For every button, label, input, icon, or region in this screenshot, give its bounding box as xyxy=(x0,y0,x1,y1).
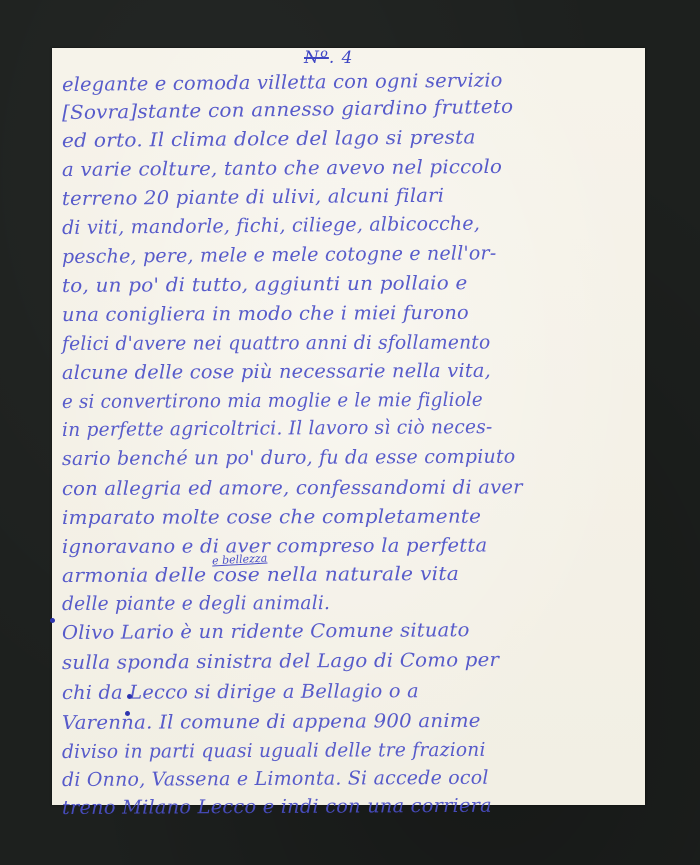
text-line: armonia delle cose nella naturale vita xyxy=(62,563,459,587)
text-line: ed orto. Il clima dolce del lago si pres… xyxy=(62,126,476,152)
text-line: alcune delle cose più necessarie nella v… xyxy=(62,360,491,384)
ink-blot xyxy=(125,711,130,716)
text-line: Olivo Lario è un ridente Comune situato xyxy=(62,619,470,644)
text-line: elegante e comoda villetta con ogni serv… xyxy=(62,69,503,96)
text-line: [Sovra]stante con annesso giardino frutt… xyxy=(62,96,514,124)
page-number-value: . 4 xyxy=(329,48,354,68)
text-line: pesche, pere, mele e mele cotogne e nell… xyxy=(62,242,497,268)
text-line: delle piante e degli animali. xyxy=(62,592,330,615)
text-line: sulla sponda sinistra del Lago di Como p… xyxy=(62,649,499,674)
text-line: in perfette agricoltrici. Il lavoro sì c… xyxy=(62,416,493,441)
text-line: terreno 20 piante di ulivi, alcuni filar… xyxy=(62,185,444,210)
text-line: ignoravano e di aver compreso la perfett… xyxy=(62,535,487,558)
page-number: Nº. 4 xyxy=(304,48,354,68)
ink-blot xyxy=(127,694,132,699)
text-line: diviso in parti quasi uguali delle tre f… xyxy=(62,739,486,763)
text-line: di Onno, Vassena e Limonta. Si accede oc… xyxy=(62,767,489,791)
text-line: treno Milano Lecco e indi con una corrie… xyxy=(62,795,492,819)
letter-page: Nº. 4 elegante e comoda villetta con ogn… xyxy=(52,48,645,805)
ink-blot xyxy=(50,618,55,623)
text-line: e si convertirono mia moglie e le mie fi… xyxy=(62,389,483,413)
text-line: sario benché un po' duro, fu da esse com… xyxy=(62,446,516,470)
page-number-struck-prefix: Nº xyxy=(304,48,329,68)
text-line: felici d'avere nei quattro anni di sfoll… xyxy=(62,332,490,355)
text-line: di viti, mandorle, fichi, ciliege, albic… xyxy=(62,213,480,239)
text-line: una conigliera in modo che i miei furono xyxy=(62,302,469,326)
text-line: to, un po' di tutto, aggiunti un pollaio… xyxy=(62,272,468,297)
text-line: con allegria ed amore, confessandomi di … xyxy=(62,476,523,500)
text-line: imparato molte cose che completamente xyxy=(62,506,481,529)
text-line: chi da Lecco si dirige a Bellagio o a xyxy=(62,680,419,704)
text-line: a varie colture, tanto che avevo nel pic… xyxy=(62,156,502,181)
